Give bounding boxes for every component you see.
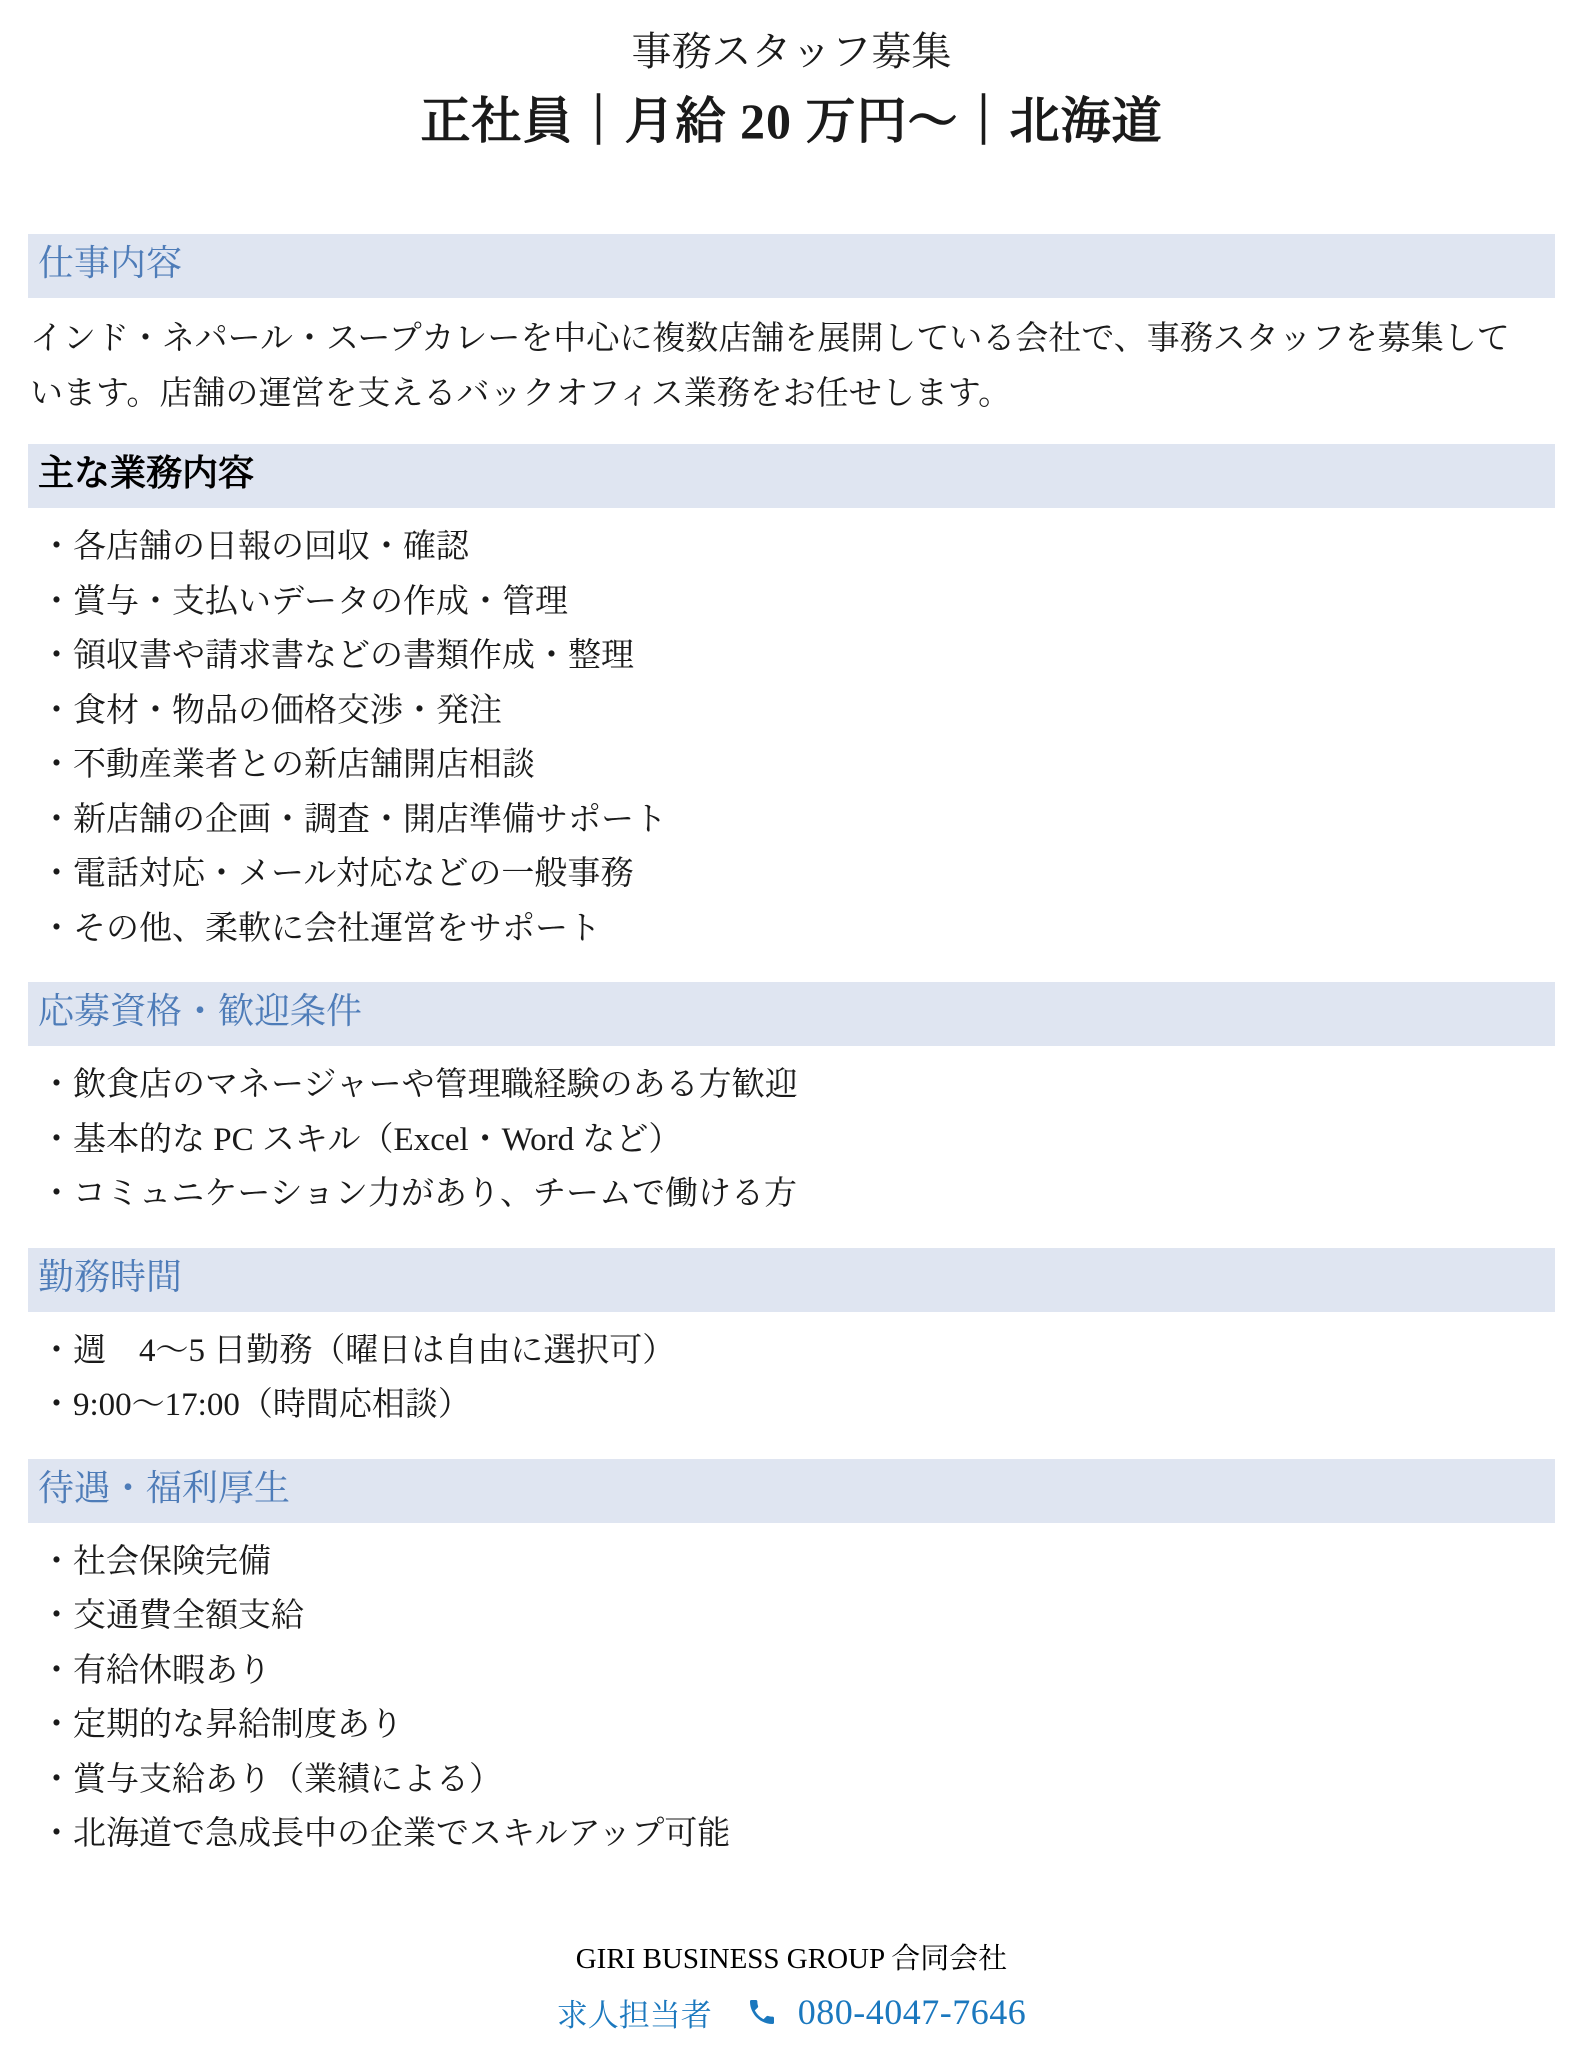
bullet-marker: ・ [40,847,73,902]
contact-label: 求人担当者 [557,1990,712,2035]
bullet-marker: ・ [40,1753,73,1808]
section-heading-benefits: 待遇・福利厚生 [28,1459,1555,1523]
contact-row: 求人担当者 080-4047-7646 [28,1990,1555,2035]
bullet-marker: ・ [40,1644,73,1699]
list-item-text: 各店舗の日報の回収・確認 [73,529,469,565]
bullet-marker: ・ [40,902,73,957]
list-item-text: 9:00～17:00（時間応相談） [73,1387,471,1423]
list-item: ・定期的な昇給制度あり [40,1698,1555,1753]
list-item: ・コミュニケーション力があり、チームで働ける方 [40,1167,1555,1222]
page-subtitle: 正社員｜月給 20 万円～｜北海道 [28,90,1555,152]
section-paragraph: インド・ネパール・スープカレーを中心に複数店舗を展開している会社で、事務スタッフ… [30,312,1530,422]
bullet-marker: ・ [40,1698,73,1753]
list-item-text: 賞与支給あり（業績による） [73,1762,502,1798]
list-item: ・交通費全額支給 [40,1589,1555,1644]
list-item: ・賞与支給あり（業績による） [40,1753,1555,1808]
list-item-text: 食材・物品の価格交渉・発注 [73,693,502,729]
section-working-hours: 勤務時間・週 4～5 日勤務（曜日は自由に選択可）・9:00～17:00（時間応… [28,1248,1555,1433]
list-item: ・各店舗の日報の回収・確認 [40,520,1555,575]
section-heading-main-duties: 主な業務内容 [28,444,1555,508]
sections: 仕事内容インド・ネパール・スープカレーを中心に複数店舗を展開している会社で、事務… [28,234,1555,1862]
list-item: ・食材・物品の価格交渉・発注 [40,684,1555,739]
list-item-text: 賞与・支払いデータの作成・管理 [73,584,568,620]
list-item-text: 電話対応・メール対応などの一般事務 [73,856,633,892]
section-job-description: 仕事内容インド・ネパール・スープカレーを中心に複数店舗を展開している会社で、事務… [28,234,1555,422]
list-item-text: 週 4～5 日勤務（曜日は自由に選択可） [73,1333,675,1369]
page-title: 事務スタッフ募集 [28,26,1555,78]
list-item-text: 交通費全額支給 [73,1598,304,1634]
list-item: ・飲食店のマネージャーや管理職経験のある方歓迎 [40,1058,1555,1113]
list-item-text: コミュニケーション力があり、チームで働ける方 [73,1176,797,1212]
bullet-marker: ・ [40,520,73,575]
section-benefits: 待遇・福利厚生・社会保険完備・交通費全額支給・有給休暇あり・定期的な昇給制度あり… [28,1459,1555,1862]
section-heading-job-description: 仕事内容 [28,234,1555,298]
phone-icon [746,1996,778,2028]
bullet-list: ・飲食店のマネージャーや管理職経験のある方歓迎・基本的な PC スキル（Exce… [28,1058,1555,1222]
bullet-marker: ・ [40,1113,73,1168]
job-posting-document: 事務スタッフ募集 正社員｜月給 20 万円～｜北海道 仕事内容インド・ネパール・… [0,0,1583,2048]
bullet-marker: ・ [40,629,73,684]
list-item-text: 新店舗の企画・調査・開店準備サポート [73,802,667,838]
bullet-marker: ・ [40,575,73,630]
phone-number: 080-4047-7646 [798,1991,1026,2033]
section-qualifications: 応募資格・歓迎条件・飲食店のマネージャーや管理職経験のある方歓迎・基本的な PC… [28,982,1555,1222]
bullet-marker: ・ [40,1535,73,1590]
bullet-marker: ・ [40,1324,73,1379]
bullet-marker: ・ [40,1378,73,1433]
list-item: ・電話対応・メール対応などの一般事務 [40,847,1555,902]
list-item: ・9:00～17:00（時間応相談） [40,1378,1555,1433]
section-main-duties: 主な業務内容・各店舗の日報の回収・確認・賞与・支払いデータの作成・管理・領収書や… [28,444,1555,956]
list-item-text: 不動産業者との新店舗開店相談 [73,747,535,783]
footer: GIRI BUSINESS GROUP 合同会社 求人担当者 080-4047-… [28,1938,1555,2035]
bullet-list: ・各店舗の日報の回収・確認・賞与・支払いデータの作成・管理・領収書や請求書などの… [28,520,1555,956]
section-heading-qualifications: 応募資格・歓迎条件 [28,982,1555,1046]
list-item-text: その他、柔軟に会社運営をサポート [73,911,601,947]
list-item: ・北海道で急成長中の企業でスキルアップ可能 [40,1807,1555,1862]
section-heading-working-hours: 勤務時間 [28,1248,1555,1312]
bullet-marker: ・ [40,684,73,739]
bullet-marker: ・ [40,1058,73,1113]
list-item-text: 北海道で急成長中の企業でスキルアップ可能 [73,1816,730,1852]
list-item: ・基本的な PC スキル（Excel・Word など） [40,1113,1555,1168]
list-item: ・賞与・支払いデータの作成・管理 [40,575,1555,630]
list-item: ・不動産業者との新店舗開店相談 [40,738,1555,793]
bullet-marker: ・ [40,1589,73,1644]
list-item: ・有給休暇あり [40,1644,1555,1699]
list-item: ・領収書や請求書などの書類作成・整理 [40,629,1555,684]
bullet-marker: ・ [40,1807,73,1862]
bullet-marker: ・ [40,1167,73,1222]
company-name: GIRI BUSINESS GROUP 合同会社 [28,1938,1555,1980]
bullet-marker: ・ [40,793,73,848]
bullet-list: ・週 4～5 日勤務（曜日は自由に選択可）・9:00～17:00（時間応相談） [28,1324,1555,1433]
list-item-text: 社会保険完備 [73,1544,271,1580]
list-item-text: 領収書や請求書などの書類作成・整理 [73,638,634,674]
list-item: ・週 4～5 日勤務（曜日は自由に選択可） [40,1324,1555,1379]
list-item-text: 定期的な昇給制度あり [73,1707,403,1743]
list-item: ・その他、柔軟に会社運営をサポート [40,902,1555,957]
list-item-text: 有給休暇あり [73,1653,271,1689]
list-item: ・新店舗の企画・調査・開店準備サポート [40,793,1555,848]
list-item: ・社会保険完備 [40,1535,1555,1590]
bullet-marker: ・ [40,738,73,793]
list-item-text: 飲食店のマネージャーや管理職経験のある方歓迎 [73,1067,798,1103]
bullet-list: ・社会保険完備・交通費全額支給・有給休暇あり・定期的な昇給制度あり・賞与支給あり… [28,1535,1555,1862]
list-item-text: 基本的な PC スキル（Excel・Word など） [73,1122,681,1158]
